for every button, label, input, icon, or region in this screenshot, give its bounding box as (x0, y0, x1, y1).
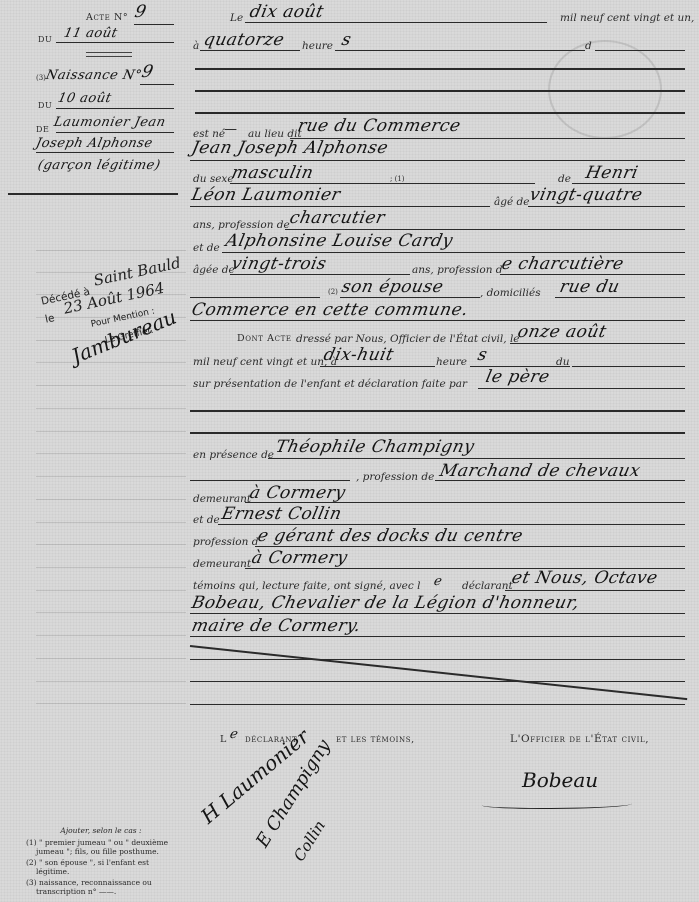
birth-place: rue du Commerce (296, 116, 463, 136)
birth-record-page: Acte N° 9 du 11 août (3) Naissance N° 9 … (0, 0, 699, 902)
mother-profession: e charcutière (500, 254, 626, 274)
naissance-du-label: du (38, 98, 52, 111)
witness2-signature: Collin (290, 817, 329, 864)
naissance-label: Naissance N° (44, 68, 143, 83)
mention-le-label: le (44, 312, 56, 326)
witness2-residence: à Cormery (250, 548, 350, 568)
domicile-line2: Commerce en cette commune. (190, 300, 470, 320)
officer-line2: Bobeau, Chevalier de la Légion d'honneur… (190, 593, 581, 613)
declarant: le père (484, 367, 552, 387)
father-name: Léon Laumonier (190, 185, 343, 205)
mother-age: vingt-trois (230, 254, 329, 274)
child-status: (garçon légitime) (36, 158, 161, 173)
officer-signature-header: L'Officier de l'État civil, (510, 733, 649, 745)
father-profession: charcutier (288, 208, 387, 228)
officer-line3: maire de Cormery. (190, 616, 363, 636)
drafting-date: onze août (516, 322, 609, 342)
acte-date: 11 août (62, 26, 119, 41)
footnote-3: (3) naissance, reconnaissance ou transcr… (26, 878, 176, 896)
footnotes: Ajouter, selon le cas : (1) " premier ju… (26, 826, 176, 898)
officer-line1: et Nous, Octave (510, 568, 660, 588)
naissance-number: 9 (140, 62, 156, 82)
mother-spouse-status: son épouse (340, 277, 445, 297)
witness1-name: Théophile Champigny (274, 437, 476, 457)
officer-signature-flourish (482, 800, 632, 809)
void-strike-line (190, 645, 687, 700)
father-first-name: Henri (584, 163, 640, 183)
domicile-line1: rue du (558, 277, 622, 297)
child-given-names: Jean Joseph Alphonse (190, 138, 390, 158)
witness2-name: Ernest Collin (220, 504, 344, 524)
child-sex: masculin (230, 163, 316, 183)
father-age: vingt-quatre (528, 185, 645, 205)
naissance-date: 10 août (56, 91, 113, 106)
name-de-label: de (36, 122, 49, 135)
drafting-hour: dix-huit (322, 345, 396, 365)
child-surname-line1: Laumonier Jean (52, 115, 167, 130)
mother-name: Alphonsine Louise Cardy (224, 231, 455, 251)
footnote-1: (1) " premier jumeau " ou " deuxième jum… (26, 838, 176, 856)
child-name-line2: Joseph Alphonse (34, 136, 154, 151)
witness1-profession: Marchand de chevaux (438, 461, 642, 481)
footnote-2: (2) " son épouse ", si l'enfant est légi… (26, 858, 176, 876)
witness1-residence: à Cormery (248, 483, 348, 503)
declaration-hour: quatorze (202, 30, 286, 50)
acte-label: Acte N° (86, 12, 128, 23)
acte-du-label: du (38, 32, 52, 45)
declaration-date: dix août (248, 2, 326, 22)
officer-signature: Bobeau (522, 768, 598, 792)
acte-number: 9 (133, 2, 149, 22)
double-rule (86, 52, 132, 57)
year-text: mil neuf cent vingt et un, (560, 12, 694, 24)
witness2-profession: e gérant des docks du centre (256, 526, 525, 546)
